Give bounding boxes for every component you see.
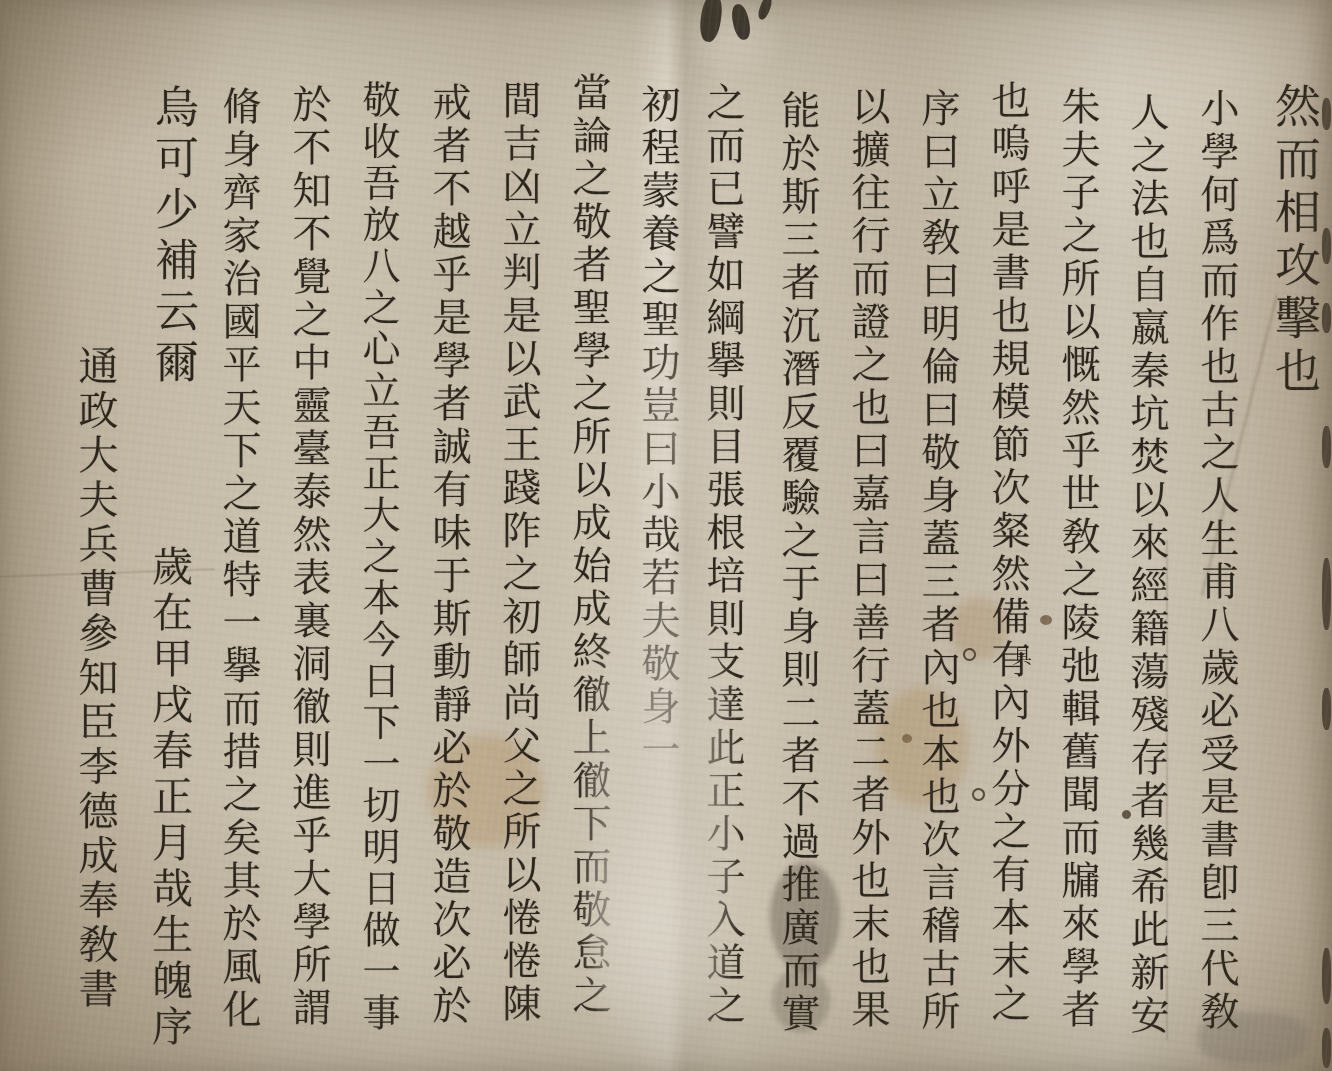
right-edge-glyph-fragment <box>1322 98 1331 130</box>
right-edge-glyph-fragment <box>1322 303 1331 333</box>
text-column-13: 戒者不越乎是學者誠有味于斯動靜必於敬造次必於 <box>429 82 468 1028</box>
text-column-9: 之而已譬如綱擧則目張根培則支達此正小子入道之 <box>703 82 742 1028</box>
text-column-5: 也嗚呼是書也規模節次粲然備有內外分之有本末之 <box>988 80 1027 1026</box>
text-column-19-signature: 通政大夫兵曹參知臣李德成奉敎書 <box>75 345 115 1013</box>
right-edge-glyph-fragment <box>1322 1028 1331 1068</box>
reading-mark-circle <box>963 648 976 661</box>
right-edge-glyph-fragment <box>1322 688 1331 730</box>
text-column-4: 朱夫子之所以慨然乎世敎之陵弛輯舊聞而牖來學者 <box>1058 86 1097 1032</box>
text-column-11: 當論之敬者聖學之所以成始成終徹上徹下而敬怠之 <box>569 72 608 1018</box>
right-edge-glyph-fragment <box>1322 426 1331 468</box>
text-column-2: 小學何爲而作也古之人生甫八歲必受是書卽三代敎 <box>1197 88 1236 1034</box>
text-column-6: 序曰立敎曰明倫曰敬身蓋三者內也本也次言稽古所 <box>918 88 957 1034</box>
text-column-10: 初程蒙養之聖功豈曰小哉若夫敬身一 <box>638 84 677 772</box>
text-column-15: 於不知不覺之中靈臺泰然表裏洞徹則進乎大學所謂 <box>289 84 328 1030</box>
right-edge-glyph-fragment <box>1322 558 1331 630</box>
text-column-3: 人之法也自嬴秦坑焚以來經籍蕩殘存者幾希此新安 <box>1127 92 1166 1038</box>
text-column-7: 以擴往行而證之也曰嘉言曰善行蓋二者外也末也果 <box>848 86 887 1032</box>
right-edge-glyph-fragment <box>1322 228 1331 264</box>
ink-speck <box>663 93 671 101</box>
interlinear-correction-char: 具 <box>1012 646 1032 666</box>
text-column-17: 烏可少補云爾 <box>150 84 194 390</box>
stain-speck <box>902 734 912 743</box>
ink-smudge <box>772 968 830 1032</box>
text-column-1: 然而相攻擊也 <box>1272 82 1318 400</box>
ink-smudge <box>770 862 840 972</box>
text-column-16: 脩身齊家治國平天下之道特一擧而措之矣其於風化 <box>219 86 258 1032</box>
ink-speck <box>1122 810 1131 819</box>
text-column-18-date: 歲在甲戌春正月哉生魄序 <box>148 545 189 1051</box>
stain-speck <box>1040 615 1052 625</box>
text-column-12: 間吉凶立判是以武王踐阼之初師尚父之所以惓惓陳 <box>499 80 538 1026</box>
text-column-14: 敬收吾放八之心立吾正大之本今日下一切明日做一事 <box>359 80 397 1035</box>
right-edge-glyph-fragment <box>1322 948 1331 1004</box>
reading-mark-circle <box>972 788 985 801</box>
manuscript-photo: 然而相攻擊也 小學何爲而作也古之人生甫八歲必受是書卽三代敎 人之法也自嬴秦坑焚以… <box>0 0 1332 1071</box>
